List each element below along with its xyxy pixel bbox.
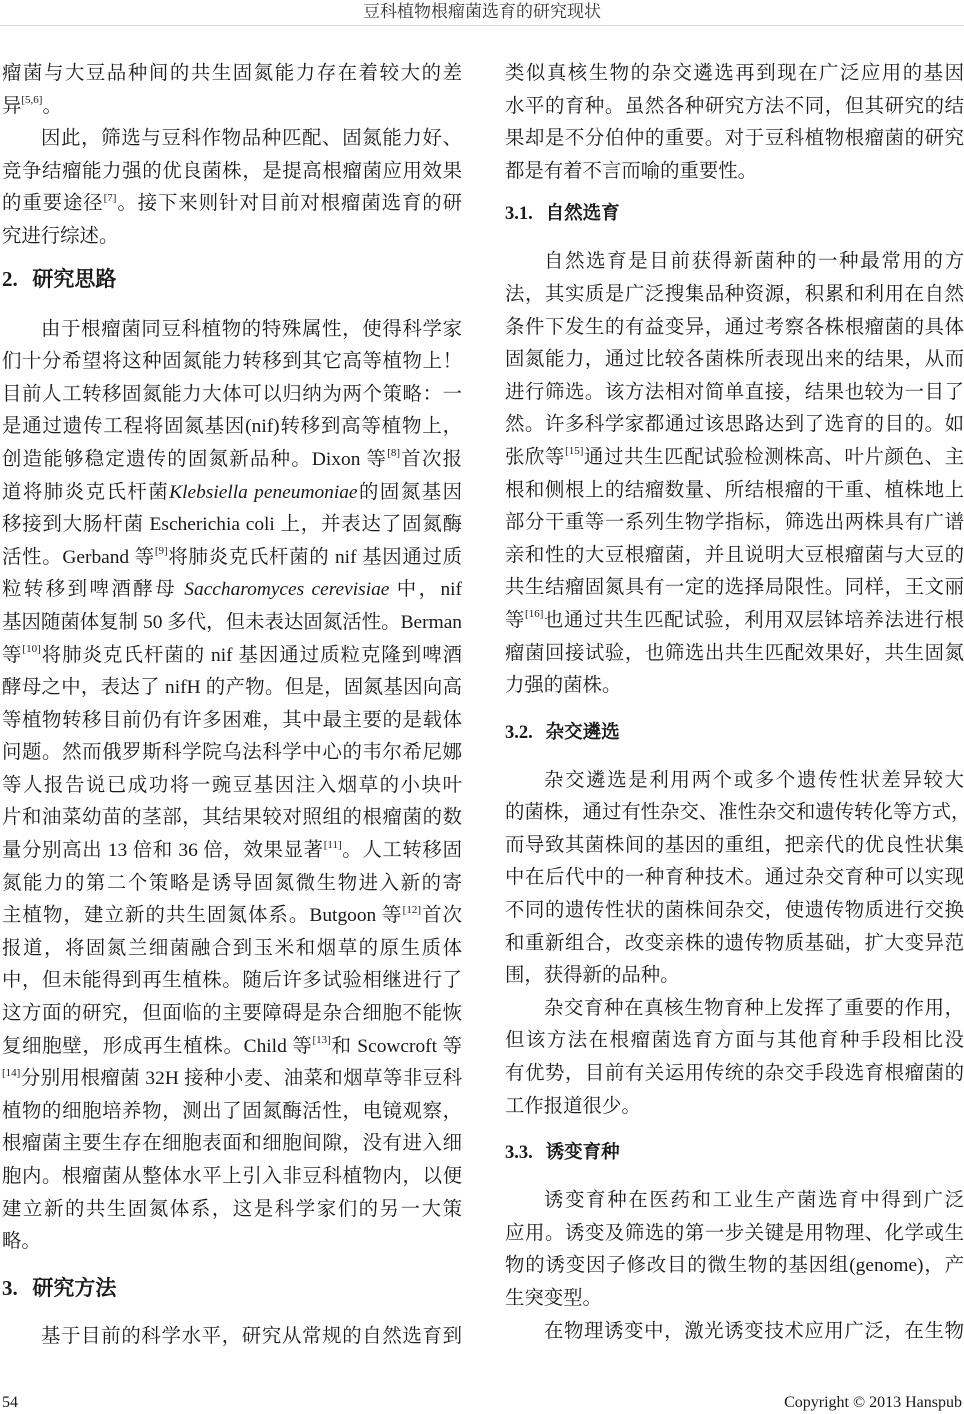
- text-line: 是通过遗传工程将固氮基因(nif)转移到高等植物上，: [2, 411, 462, 444]
- header-divider: [0, 25, 964, 26]
- paragraph: 杂交遴选是利用两个或多个遗传性状差异较大的菌株，通过有性杂交、准性杂交和遗传转化…: [505, 765, 964, 993]
- text-line: 根和侧根上的结瘤数量、所结根瘤的干重、植株地上: [505, 475, 964, 508]
- text-line: 而导致其菌株间的基因的重组，把亲代的优良性状集: [505, 830, 964, 863]
- text-line: 基因随菌体复制 50 多代，但未表达固氮活性。Berman: [2, 607, 462, 640]
- text-line: 究进行综述。: [2, 221, 462, 254]
- paragraph: 自然选育是目前获得新菌种的一种最常用的方法，其实质是广泛搜集品种资源，积累和利用…: [505, 246, 964, 702]
- text-line: 量分别高出 13 倍和 36 倍，效果显著[11]。人工转移固: [2, 835, 462, 868]
- paragraph: 诱变育种在医药和工业生产菌选育中得到广泛应用。诱变及筛选的第一步关键是用物理、化…: [505, 1185, 964, 1315]
- paragraph: 瘤菌与大豆品种间的共生固氮能力存在着较大的差异[5,6]。: [2, 58, 462, 123]
- text-line: 的重要途径[7]。接下来则针对目前对根瘤菌选育的研: [2, 188, 462, 221]
- text-line: 基于目前的科学水平，研究从常规的自然选育到: [2, 1321, 462, 1354]
- text-line: 不同的遗传性状的菌株间杂交，使遗传物质进行交换: [505, 895, 964, 928]
- text-line: 但该方法在根瘤菌选育方面与其他育种手段相比没: [505, 1025, 964, 1058]
- text-line: 工作报道很少。: [505, 1091, 964, 1124]
- text-line: 张欣等[15]通过共生匹配试验检测株高、叶片颜色、主: [505, 442, 964, 475]
- citation-ref[interactable]: [9]: [155, 545, 168, 557]
- text-line: 亲和性的大豆根瘤菌，并且说明大豆根瘤菌与大豆的: [505, 540, 964, 573]
- text-line: 植物的细胞培养物，测出了固氮酶活性，电镜观察，: [2, 1096, 462, 1129]
- text-line: 粒转移到啤酒酵母 Saccharomyces cerevisiae 中，nif: [2, 574, 462, 607]
- text-line: 瘤菌回接试验，也筛选出共生匹配效果好，共生固氮: [505, 638, 964, 671]
- citation-ref[interactable]: [8]: [387, 447, 400, 459]
- paragraph: 类似真核生物的杂交遴选再到现在广泛应用的基因水平的育种。虽然各种研究方法不同，但…: [505, 58, 964, 188]
- text-line: 杂交育种在真核生物育种上发挥了重要的作用，: [505, 993, 964, 1026]
- left-column: 瘤菌与大豆品种间的共生固氮能力存在着较大的差异[5,6]。 因此，筛选与豆科作物…: [2, 58, 462, 1353]
- subsection-heading: 3.3. 诱变育种: [505, 1123, 964, 1185]
- running-header: 豆科植物根瘤菌选育的研究现状: [0, 0, 964, 28]
- paragraph: 因此，筛选与豆科作物品种匹配、固氮能力好、竞争结瘤能力强的优良菌株，是提高根瘤菌…: [2, 123, 462, 253]
- citation-ref[interactable]: [5,6]: [21, 94, 42, 106]
- text-line: 略。: [2, 1226, 462, 1259]
- text-line: 固氮能力，通过比较各菌株所表现出来的结果，从而: [505, 344, 964, 377]
- section-heading: 2. 研究思路: [2, 254, 462, 314]
- text-line: 由于根瘤菌同豆科植物的特殊属性，使得科学家: [2, 314, 462, 347]
- text-line: 异[5,6]。: [2, 91, 462, 124]
- text-line: 片和油菜幼苗的茎部，其结果较对照组的根瘤菌的数: [2, 802, 462, 835]
- text-line: 复细胞壁，形成再生植株。Child 等[13]和 Scowcroft 等: [2, 1031, 462, 1064]
- section-heading: 3. 研究方法: [2, 1259, 462, 1321]
- text-line: 物的诱变因子修改目的微生物的基因组(genome)，产: [505, 1250, 964, 1283]
- right-column: 类似真核生物的杂交遴选再到现在广泛应用的基因水平的育种。虽然各种研究方法不同，但…: [505, 58, 964, 1348]
- text-line: 创造能够稳定遗传的固氮新品种。Dixon 等[8]首次报: [2, 444, 462, 477]
- citation-ref[interactable]: [15]: [565, 445, 583, 457]
- text-line: 这方面的研究，但面临的主要障碍是杂合细胞不能恢: [2, 998, 462, 1031]
- text-line: 杂交遴选是利用两个或多个遗传性状差异较大: [505, 765, 964, 798]
- paragraph: 在物理诱变中，激光诱变技术应用广泛，在生物: [505, 1316, 964, 1349]
- text-line: 酵母之中，表达了 nifH 的产物。但是，固氮基因向高: [2, 672, 462, 705]
- page-footer: 54 Copyright © 2013 Hanspub: [0, 1394, 964, 1414]
- text-line: 们十分希望将这种固氮能力转移到其它高等植物上！: [2, 346, 462, 379]
- text-line: 围，获得新的品种。: [505, 960, 964, 993]
- page-number: 54: [2, 1394, 18, 1412]
- citation-ref[interactable]: [14]: [2, 1067, 20, 1079]
- text-line: 道将肺炎克氏杆菌Klebsiella peneumoniae的固氮基因: [2, 477, 462, 510]
- citation-ref[interactable]: [7]: [104, 192, 117, 204]
- text-line: 竞争结瘤能力强的优良菌株，是提高根瘤菌应用效果: [2, 156, 462, 189]
- running-title: 豆科植物根瘤菌选育的研究现状: [363, 2, 601, 21]
- text-line: 部分干重等一系列生物学指标，筛选出两株具有广谱: [505, 507, 964, 540]
- text-line: [14]分别用根瘤菌 32H 接种小麦、油菜和烟草等非豆科: [2, 1063, 462, 1096]
- text-line: 应用。诱变及筛选的第一步关键是用物理、化学或生: [505, 1218, 964, 1251]
- text-line: 生突变型。: [505, 1283, 964, 1316]
- text-line: 等人报告说已成功将一豌豆基因注入烟草的小块叶: [2, 770, 462, 803]
- paragraph: 基于目前的科学水平，研究从常规的自然选育到: [2, 1321, 462, 1354]
- text-line: 共生结瘤固氮具有一定的选择局限性。同样，王文丽: [505, 572, 964, 605]
- text-line: 都是有着不言而喻的重要性。: [505, 156, 964, 189]
- text-line: 问题。然而俄罗斯科学院乌法科学中心的韦尔希尼娜: [2, 737, 462, 770]
- text-line: 主植物，建立新的共生固氮体系。Butgoon 等[12]首次: [2, 900, 462, 933]
- text-line: 水平的育种。虽然各种研究方法不同，但其研究的结: [505, 91, 964, 124]
- subsection-heading: 3.2. 杂交遴选: [505, 703, 964, 765]
- text-line: 条件下发生的有益变异，通过考察各株根瘤菌的具体: [505, 312, 964, 345]
- text-line: 等[10]将肺炎克氏杆菌的 nif 基因通过质粒克隆到啤酒: [2, 640, 462, 673]
- text-line: 移接到大肠杆菌 Escherichia coli 上，并表达了固氮酶: [2, 509, 462, 542]
- text-line: 报道，将固氮兰细菌融合到玉米和烟草的原生质体: [2, 933, 462, 966]
- text-line: 在物理诱变中，激光诱变技术应用广泛，在生物: [505, 1316, 964, 1349]
- text-line: 氮能力的第二个策略是诱导固氮微生物进入新的寄: [2, 868, 462, 901]
- text-line: 建立新的共生固氮体系，这是科学家们的另一大策: [2, 1194, 462, 1227]
- text-line: 等[16]也通过共生匹配试验，利用双层钵培养法进行根: [505, 605, 964, 638]
- copyright-notice: Copyright © 2013 Hanspub: [784, 1394, 962, 1412]
- citation-ref[interactable]: [12]: [403, 904, 421, 916]
- citation-ref[interactable]: [10]: [22, 643, 40, 655]
- text-line: 胞内。根瘤菌从整体水平上引入非豆科植物内，以便: [2, 1161, 462, 1194]
- text-line: 的菌株，通过有性杂交、准性杂交和遗传转化等方式，: [505, 797, 964, 830]
- citation-ref[interactable]: [11]: [324, 839, 342, 851]
- citation-ref[interactable]: [13]: [313, 1034, 331, 1046]
- text-line: 然。许多科学家都通过该思路达到了选育的目的。如: [505, 409, 964, 442]
- text-line: 根瘤菌主要生存在细胞表面和细胞间隙，没有进入细: [2, 1128, 462, 1161]
- text-line: 进行筛选。该方法相对简单直接，结果也较为一目了: [505, 377, 964, 410]
- text-line: 诱变育种在医药和工业生产菌选育中得到广泛: [505, 1185, 964, 1218]
- text-line: 中，但未能得到再生植株。随后许多试验相继进行了: [2, 965, 462, 998]
- text-line: 类似真核生物的杂交遴选再到现在广泛应用的基因: [505, 58, 964, 91]
- text-line: 目前人工转移固氮能力大体可以归纳为两个策略：一: [2, 379, 462, 412]
- subsection-heading: 3.1. 自然选育: [505, 188, 964, 246]
- text-line: 因此，筛选与豆科作物品种匹配、固氮能力好、: [2, 123, 462, 156]
- text-line: 等植物转移目前仍有许多困难，其中最主要的是载体: [2, 705, 462, 738]
- text-line: 和重新组合，改变亲株的遗传物质基础，扩大变异范: [505, 928, 964, 961]
- text-line: 活性。Gerband 等[9]将肺炎克氏杆菌的 nif 基因通过质: [2, 542, 462, 575]
- text-line: 法，其实质是广泛搜集品种资源，积累和利用在自然: [505, 279, 964, 312]
- text-line: 瘤菌与大豆品种间的共生固氮能力存在着较大的差: [2, 58, 462, 91]
- text-line: 中在后代中的一种育种技术。通过杂交育种可以实现: [505, 862, 964, 895]
- text-line: 自然选育是目前获得新菌种的一种最常用的方: [505, 246, 964, 279]
- text-line: 果却是不分伯仲的重要。对于豆科植物根瘤菌的研究: [505, 123, 964, 156]
- text-line: 力强的菌株。: [505, 670, 964, 703]
- text-line: 有优势，目前有关运用传统的杂交手段选育根瘤菌的: [505, 1058, 964, 1091]
- paragraph: 由于根瘤菌同豆科植物的特殊属性，使得科学家们十分希望将这种固氮能力转移到其它高等…: [2, 314, 462, 1259]
- paragraph: 杂交育种在真核生物育种上发挥了重要的作用，但该方法在根瘤菌选育方面与其他育种手段…: [505, 993, 964, 1123]
- citation-ref[interactable]: [16]: [525, 608, 543, 620]
